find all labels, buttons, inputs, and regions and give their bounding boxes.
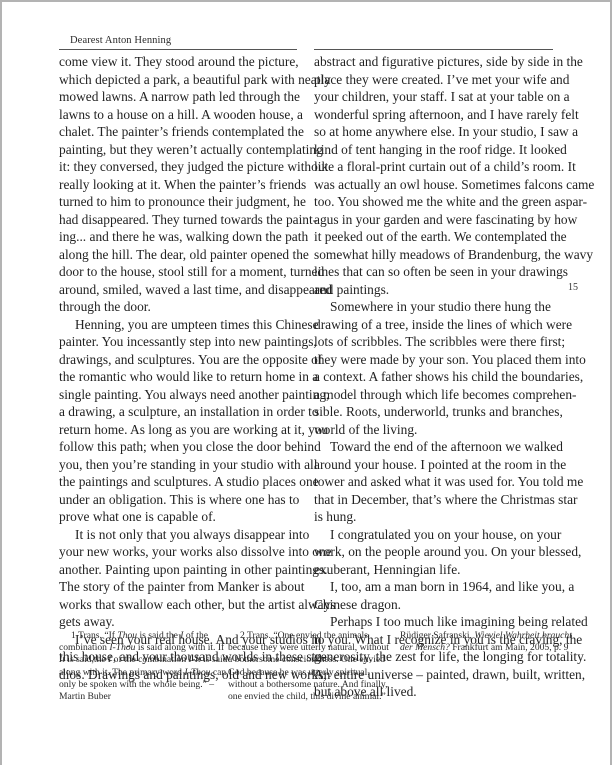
footnote-2: 2 Trans. “One envied the animals because…	[228, 630, 389, 703]
text-line: return home. As long as you are working …	[59, 421, 304, 439]
citation-author: Rüdiger Safranski,	[400, 630, 474, 641]
text-line: that in December, that’s where the Chris…	[314, 491, 559, 509]
text-line: another. Painting upon painting in other…	[59, 561, 304, 579]
italic-run: I-It	[189, 654, 201, 665]
paragraph-start-line: I congratulated you on your house, on yo…	[314, 526, 559, 544]
footnote-line: a bothersome consciousness. One envied	[228, 654, 389, 666]
footnote-line: without a bothersome nature. And finally…	[228, 679, 389, 691]
footnote-line: 2 Trans. “One envied the animals	[228, 630, 389, 642]
footnote-line: only be spoken with the whole being.” –	[59, 679, 227, 691]
text-line: they were made by your son. You placed t…	[314, 351, 559, 369]
footnote-line: God because he was utterly spiritual,	[228, 667, 389, 679]
text-line: ing... and there he was, walking down th…	[59, 228, 304, 246]
text-line: a model through which life becomes compr…	[314, 386, 559, 404]
footnote-line: one envied the child, this divine animal…	[228, 691, 389, 703]
header-rule-left	[59, 49, 297, 50]
citation-title: der Mensch?	[400, 642, 450, 653]
footnote-line: along with it. The primary word I-Thou c…	[59, 667, 227, 679]
italic-run: I-Thou	[184, 667, 210, 678]
text-line: mowed lawns. A narrow path led through t…	[59, 88, 304, 106]
text-line: a context. A father shows his child the …	[314, 368, 559, 386]
footnote-line: combination I-Thou is said along with it…	[59, 642, 227, 654]
paragraph-start-line: Somewhere in your studio there hung the	[314, 298, 559, 316]
text-line: gets away.	[59, 613, 304, 631]
text-line: follow this path; when you close the doo…	[59, 438, 304, 456]
text-line: door to the house, stool still for a mom…	[59, 263, 304, 281]
text-line: through the door.	[59, 298, 304, 316]
text-line: around, smiled, waved a last time, and d…	[59, 281, 304, 299]
paragraph-start-line: Henning, you are umpteen times this Chin…	[59, 316, 304, 334]
text-line: it: they conversed, they judged the pict…	[59, 158, 304, 176]
text-line: works that swallow each other, but the a…	[59, 596, 304, 614]
text-line: drawing of a tree, inside the lines of w…	[314, 316, 559, 334]
text-line: world of the living.	[314, 421, 559, 439]
footnote-line: 1 Trans. “If Thou is said,the I of the	[59, 630, 227, 642]
text-line: kind of tent hanging in the roof ridge. …	[314, 141, 559, 159]
text-line: is hung.	[314, 508, 559, 526]
text-line: was actually an owl house. Sometimes fal…	[314, 176, 559, 194]
text-line: turned to him to pronounce their judgmen…	[59, 193, 304, 211]
text-line: lots of scribbles. The scribbles were th…	[314, 333, 559, 351]
text-line: your new works, your works also dissolve…	[59, 543, 304, 561]
text-line: painter. You incessantly step into new p…	[59, 333, 304, 351]
body-column-left: come view it. They stood around the pict…	[59, 53, 304, 683]
text-line: prove what one is capable of.	[59, 508, 304, 526]
text-run: of the combination	[111, 654, 188, 665]
text-line: drawings, and sculptures. You are the op…	[59, 351, 304, 369]
paragraph-start-line: It is not only that you always disappear…	[59, 526, 304, 544]
text-run: along with it. The primary word	[59, 667, 184, 678]
text-run: combination	[59, 642, 109, 653]
text-line: it peeked out of the earth. We contempla…	[314, 228, 559, 246]
italic-run: Thou	[117, 630, 137, 641]
text-line: around your house. I pointed at the room…	[314, 456, 559, 474]
text-line: along the hill. The dear, old painter op…	[59, 246, 304, 264]
footnote-line: It is said,the I of the combination I-It…	[59, 654, 227, 666]
paragraph-start-line: I, too, am a man born in 1964, and like …	[314, 578, 559, 596]
text-line: The story of the painter from Manker is …	[59, 578, 304, 596]
citation-line: der Mensch? Frankfurt am Main, 2005, p. …	[400, 642, 572, 654]
text-line: chalet. The painter’s friends contemplat…	[59, 123, 304, 141]
text-line: lawns to a house on a hill. A wooden hou…	[59, 106, 304, 124]
paragraph-start-line: Perhaps I too much like imagining being …	[314, 613, 559, 631]
footnote-1: 1 Trans. “If Thou is said,the I of the c…	[59, 630, 227, 703]
citation-imprint: Frankfurt am Main, 2005, p. 9	[450, 642, 569, 653]
text-line: abstract and figurative pictures, side b…	[314, 53, 559, 71]
text-line: come view it. They stood around the pict…	[59, 53, 304, 71]
text-line: a drawing, a sculpture, an installation …	[59, 403, 304, 421]
text-line: had disappeared. They turned towards the…	[59, 211, 304, 229]
running-head: Dearest Anton Henning	[70, 35, 171, 46]
text-run: 1 Trans. “If	[71, 630, 117, 641]
footnote-line: because they were utterly natural, witho…	[228, 642, 389, 654]
text-line: lines that can so often be seen in your …	[314, 263, 559, 281]
italic-run: I-Thou	[109, 642, 135, 653]
footnote-line: Martin Buber	[59, 691, 227, 703]
text-run: is said along with it. If	[135, 642, 224, 653]
text-line: agus in your garden and were fascinating…	[314, 211, 559, 229]
citation-note: Rüdiger Safranski, Wieviel Wahrheit brau…	[400, 630, 572, 654]
text-line: like a floral-print curtain out of a chi…	[314, 158, 559, 176]
text-run: can	[210, 667, 226, 678]
text-line: under an obligation. This is where one h…	[59, 491, 304, 509]
header-rule-right	[314, 49, 553, 50]
text-run: is said	[201, 654, 228, 665]
text-line: and paintings.	[314, 281, 559, 299]
page-number: 15	[568, 282, 578, 293]
text-run: is said,the	[137, 630, 180, 641]
text-line: Chinese dragon.	[314, 596, 559, 614]
citation-title: Wieviel Wahrheit braucht	[474, 630, 572, 641]
text-line: somewhat hilly meadows of Brandenburg, t…	[314, 246, 559, 264]
text-line: so at home anywhere else. In your studio…	[314, 123, 559, 141]
text-line: single painting. You always need another…	[59, 386, 304, 404]
text-run: is said,the	[65, 654, 108, 665]
text-line: exuberant, Henningian life.	[314, 561, 559, 579]
citation-line: Rüdiger Safranski, Wieviel Wahrheit brau…	[400, 630, 572, 642]
text-line: the romantic who would like to return ho…	[59, 368, 304, 386]
text-line: work, on the people around you. On your …	[314, 543, 559, 561]
text-line: the paintings and sculptures. A studio p…	[59, 473, 304, 491]
text-line: which depicted a park, a beautiful park …	[59, 71, 304, 89]
text-run: of the	[183, 630, 208, 641]
text-line: you, then you’re standing in your studio…	[59, 456, 304, 474]
text-line: sible. Roots, underworld, trunks and bra…	[314, 403, 559, 421]
text-line: too. You showed me the white and the gre…	[314, 193, 559, 211]
text-line: your children, your staff. I sat at your…	[314, 88, 559, 106]
text-line: tower and asked what it was used for. Yo…	[314, 473, 559, 491]
text-line: painting, but they weren’t actually cont…	[59, 141, 304, 159]
text-line: wonderful spring afternoon, and I have r…	[314, 106, 559, 124]
text-line: place they were created. I’ve met your w…	[314, 71, 559, 89]
body-column-right: abstract and figurative pictures, side b…	[314, 53, 559, 701]
text-line: really looking at it. When the painter’s…	[59, 176, 304, 194]
paragraph-start-line: Toward the end of the afternoon we walke…	[314, 438, 559, 456]
